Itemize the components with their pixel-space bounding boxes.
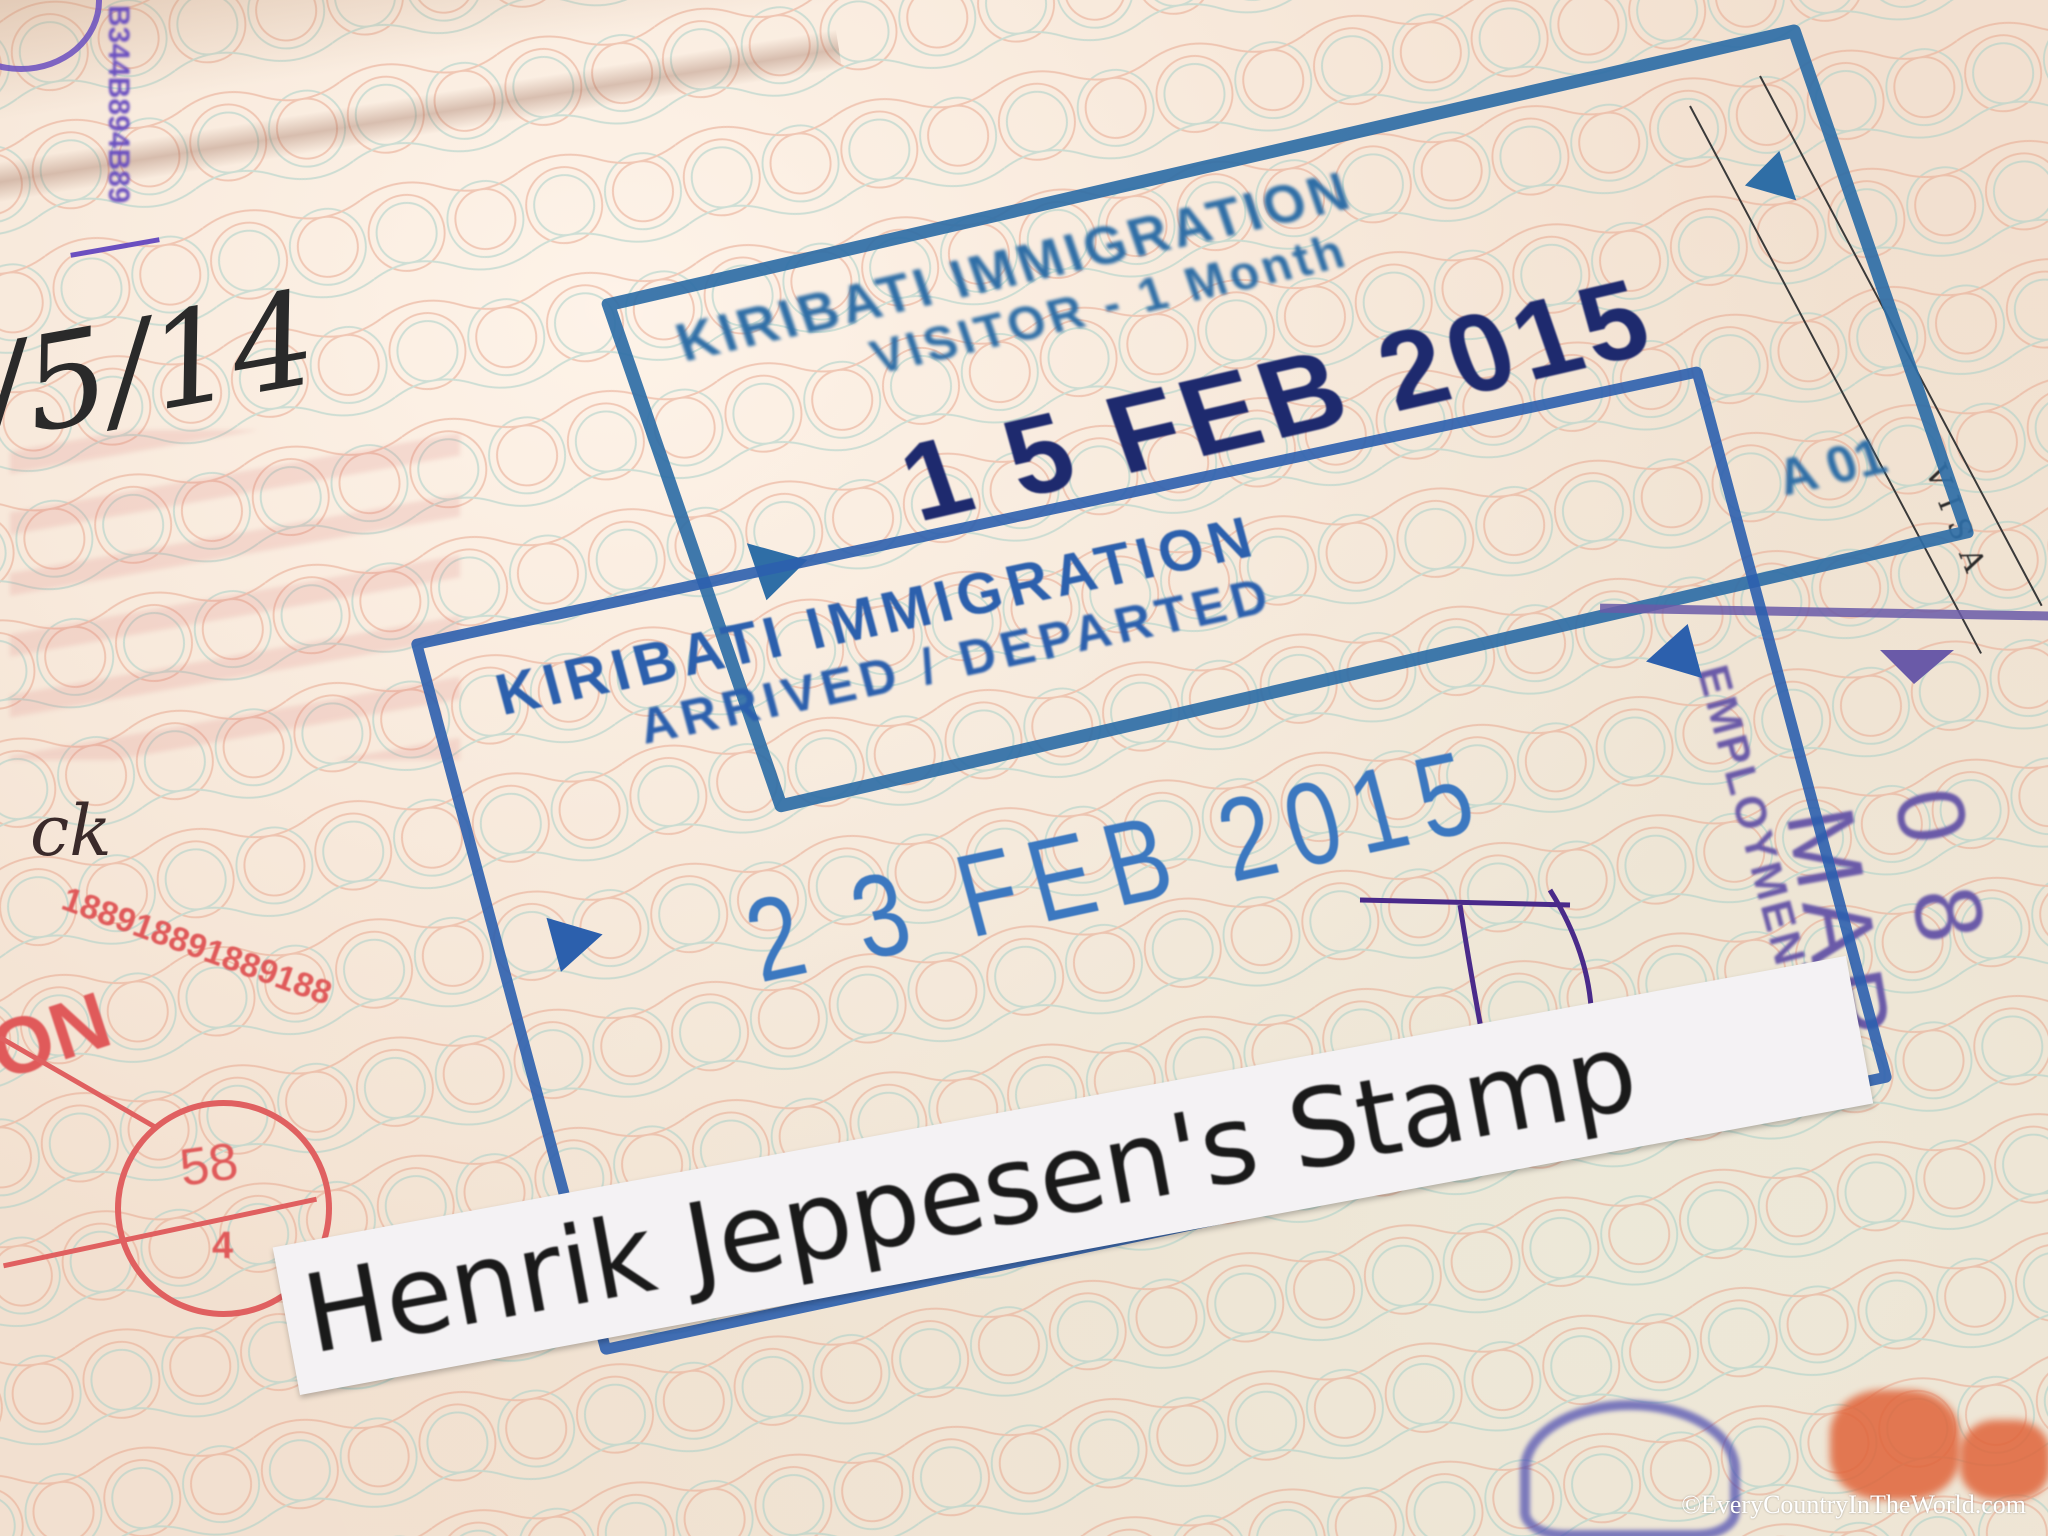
red-stamp-number-bottom: 4: [212, 1225, 233, 1268]
triangle-marker-icon: [1880, 650, 1954, 684]
purple-serial: B344B894B89: [101, 5, 135, 203]
red-stamp-number-top: 58: [176, 1131, 242, 1198]
orange-stamp-fragment: [1960, 1420, 2048, 1500]
passport-page: VISA B344B894B89 /5/14 ck ON 18891889188…: [0, 0, 2048, 1536]
handwritten-initials: ck: [30, 790, 112, 872]
faded-red-stamp: [10, 430, 460, 760]
copyright-watermark: ©EveryCountryInTheWorld.com: [1681, 1490, 2026, 1520]
orange-stamp-fragment: [1830, 1390, 1960, 1500]
